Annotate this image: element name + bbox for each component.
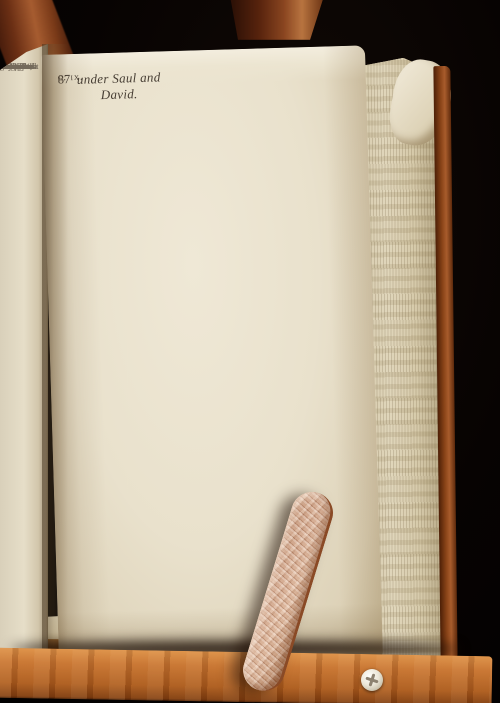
book-photo-scene: el c. ix. is comman t five lambndred, 1 … bbox=[0, 0, 500, 703]
page-header: c. ix. under Saul and David. 87 bbox=[58, 69, 180, 73]
running-title: under Saul and David. bbox=[58, 69, 181, 105]
left-page-sliver: el c. ix. is comman t five lambndred, 1 … bbox=[0, 44, 48, 668]
stand-post-middle bbox=[224, 0, 324, 40]
clip-screw bbox=[361, 669, 383, 691]
page-number: 87 bbox=[58, 72, 71, 87]
right-page: c. ix. under Saul and David. 87 Ziklag, … bbox=[41, 45, 383, 666]
